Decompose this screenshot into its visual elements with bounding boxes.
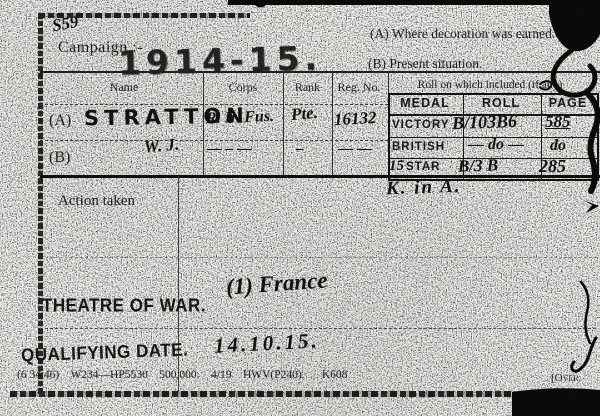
top-black-bar bbox=[228, 0, 562, 5]
star-prefix-value: 15 bbox=[389, 158, 404, 175]
roll-header-page: PAGE bbox=[540, 96, 596, 110]
rule-rank-reg bbox=[332, 71, 333, 176]
reg-no-value: 16132 bbox=[334, 108, 377, 130]
star-page-value: 285 bbox=[539, 156, 566, 177]
qualifying-date-value: 14.10.15. bbox=[213, 328, 320, 359]
roll-table-title: Roll on which included (if any) bbox=[390, 79, 590, 91]
roll-header-roll: ROLL bbox=[462, 96, 540, 110]
rule-reg-roll bbox=[388, 71, 389, 93]
column-header-name: Name bbox=[45, 80, 203, 95]
ink-artifact bbox=[581, 282, 590, 343]
corner-note: S59 bbox=[50, 12, 80, 36]
ink-artifact bbox=[583, 200, 599, 213]
rank-ditto-dash: ‒ bbox=[296, 141, 304, 158]
ink-artifact bbox=[572, 338, 596, 371]
ink-artifact bbox=[252, 0, 266, 7]
victory-roll-value: B/103B6 bbox=[452, 111, 518, 134]
corps-ditto-dashes: — ‒ — bbox=[207, 141, 252, 158]
reg-ditto-dashes: — — bbox=[338, 141, 372, 158]
column-header-rank: Rank bbox=[283, 80, 332, 95]
theatre-of-war-value: (1) France bbox=[225, 267, 328, 300]
star-roll-value: B/3 B bbox=[458, 155, 499, 176]
header-rule bbox=[40, 71, 600, 73]
row-b-label: (B) bbox=[49, 149, 70, 167]
ink-blob-top-right bbox=[549, 0, 600, 51]
medal-british-label: BRITISH bbox=[392, 141, 445, 153]
ink-blob-bottom-right bbox=[512, 388, 600, 416]
rank-value: Pte. bbox=[290, 103, 319, 125]
medal-index-card: S59 Campaign :- 1914-15. (A) Where decor… bbox=[0, 0, 600, 416]
medal-victory-label: VICTORY bbox=[392, 119, 449, 131]
action-taken-value: K. in A. bbox=[386, 176, 462, 201]
british-roll-value: — do — bbox=[468, 136, 524, 154]
column-header-reg-no: Reg. No. bbox=[330, 80, 388, 95]
campaign-value: 1914-15. bbox=[118, 38, 323, 82]
note-where-earned: (A) Where decoration was earned. bbox=[370, 26, 555, 42]
british-page-value: do bbox=[550, 137, 566, 155]
over-note: [Over. bbox=[551, 372, 581, 384]
medal-star-label: STAR bbox=[406, 161, 440, 173]
initials-value: W. J. bbox=[143, 135, 180, 158]
row-a-label: (A) bbox=[49, 112, 71, 130]
victory-page-value: 585 bbox=[545, 112, 571, 132]
faint-rule bbox=[45, 257, 597, 258]
action-taken-label: Action taken bbox=[58, 193, 135, 210]
corps-value: R. Ir. Fus. bbox=[206, 108, 275, 128]
rule-corps-rank bbox=[283, 71, 284, 176]
qualifying-date-label: QUALIFYING DATE. bbox=[21, 339, 189, 366]
theatre-of-war-label: THEATRE OF WAR. bbox=[42, 295, 206, 317]
note-present-situation: (B) Present situation. bbox=[368, 56, 482, 72]
card-border-bottom bbox=[10, 391, 515, 397]
roll-header-medal: MEDAL bbox=[388, 96, 462, 110]
column-header-corps: Corps bbox=[203, 80, 283, 95]
printer-imprint: (6 34 46) W234—HP5530 500,000. 4/19 HWV(… bbox=[17, 369, 347, 381]
